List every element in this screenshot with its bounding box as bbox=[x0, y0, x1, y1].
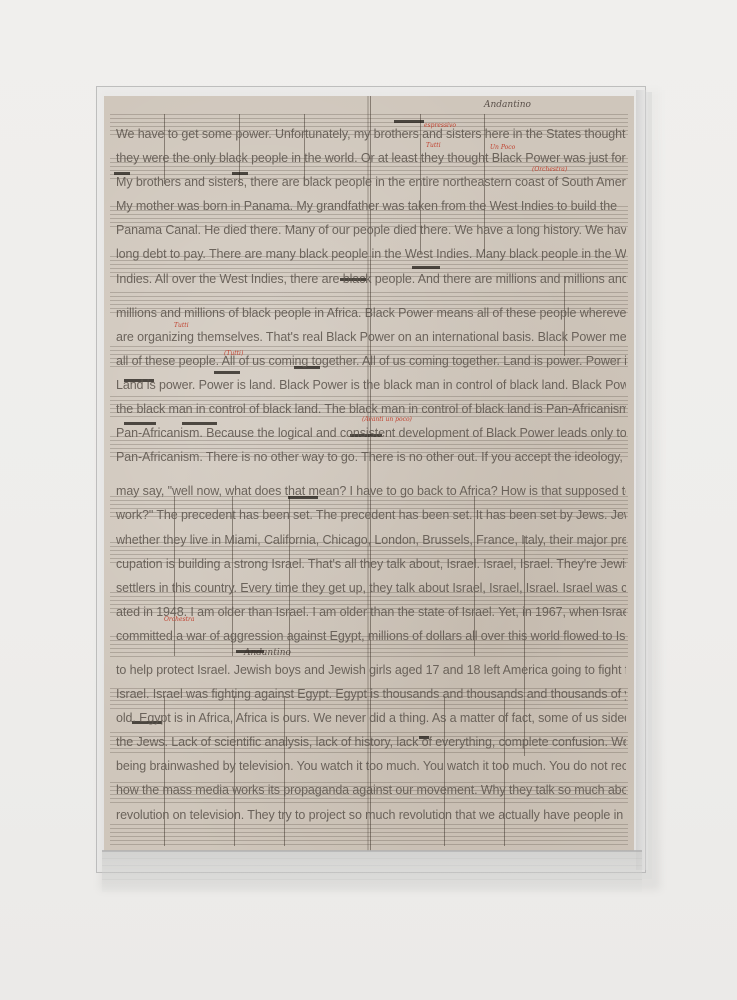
text-line: the Jews. Lack of scientific analysis, l… bbox=[116, 730, 626, 754]
acrylic-side-edge bbox=[636, 90, 648, 870]
text-line: settlers in this country. Every time the… bbox=[116, 576, 626, 600]
text-line: Israel. Israel was fighting against Egyp… bbox=[116, 682, 626, 706]
text-line: cupation is building a strong Israel. Th… bbox=[116, 552, 626, 576]
text-line: all of these people. All of us coming to… bbox=[116, 349, 626, 373]
text-line: are organizing themselves. That's real B… bbox=[116, 325, 626, 349]
music-staff bbox=[110, 824, 628, 846]
text-line: being brainwashed by television. You wat… bbox=[116, 754, 626, 778]
text-line: ated in 1948. I am older than Israel. I … bbox=[116, 600, 626, 624]
text-line: Land is power. Power is land. Black Powe… bbox=[116, 373, 626, 397]
text-line: they were the only black people in the w… bbox=[116, 146, 626, 170]
text-line: Panama Canal. He died there. Many of our… bbox=[116, 218, 626, 242]
text-line: My brothers and sisters, there are black… bbox=[116, 170, 626, 194]
text-line: to help protect Israel. Jewish boys and … bbox=[116, 658, 626, 682]
text-line: committed a war of aggression against Eg… bbox=[116, 624, 626, 648]
text-line: Pan-Africanism. There is no other way to… bbox=[116, 445, 626, 469]
text-line: millions and millions of black people in… bbox=[116, 301, 626, 325]
text-line: Pan-Africanism. Because the logical and … bbox=[116, 421, 626, 445]
text-line: My mother was born in Panama. My grandfa… bbox=[116, 194, 626, 218]
text-line: old. Egypt is in Africa, Africa is ours.… bbox=[116, 706, 626, 730]
text-line: work?" The precedent has been set. The p… bbox=[116, 503, 626, 527]
speech-text-overlay: We have to get some power. Unfortunately… bbox=[116, 122, 626, 827]
text-line: how the mass media works its propaganda … bbox=[116, 778, 626, 802]
sheet-music-page: Andantino Andantino espressivo Tutti Un … bbox=[104, 96, 634, 851]
tempo-marking: Andantino bbox=[484, 100, 531, 110]
text-line: revolution on television. They try to pr… bbox=[116, 803, 626, 827]
text-line: whether they live in Miami, California, … bbox=[116, 528, 626, 552]
text-line: may say, "well now, what does that mean?… bbox=[116, 479, 626, 503]
sheet-reflection bbox=[102, 852, 642, 882]
text-line: Indies. All over the West Indies, there … bbox=[116, 267, 626, 291]
text-line: long debt to pay. There are many black p… bbox=[116, 242, 626, 266]
text-line: the black man in control of black land. … bbox=[116, 397, 626, 421]
text-line: We have to get some power. Unfortunately… bbox=[116, 122, 626, 146]
